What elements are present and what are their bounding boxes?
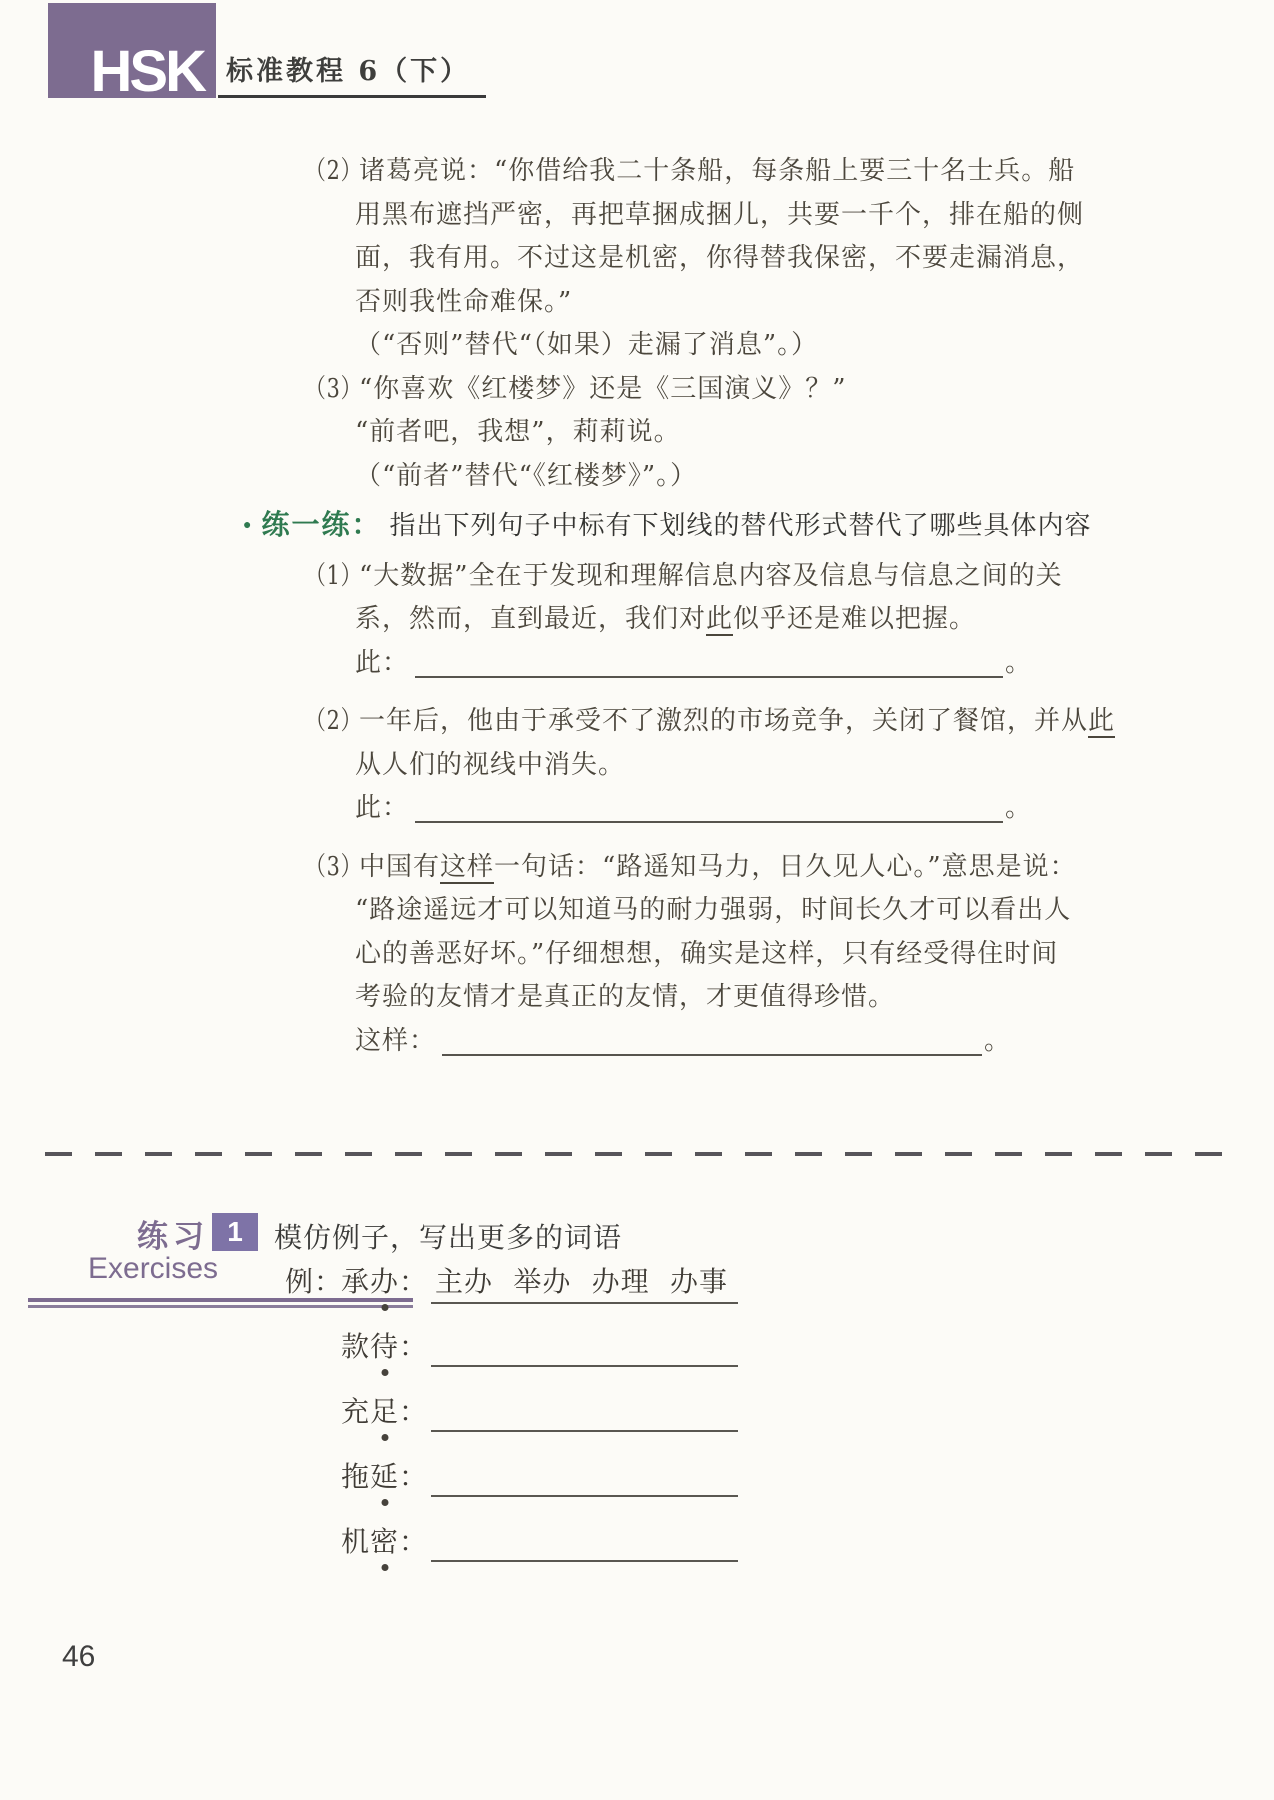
colon: ： [399, 1265, 428, 1298]
question-text: 系，然而，直到最近，我们对 [355, 604, 706, 634]
answer-row: 这样：。 [355, 1020, 1105, 1064]
answer-label: 这样： [355, 1026, 436, 1056]
period: 。 [1005, 793, 1032, 823]
answer-label: 此： [355, 648, 409, 678]
page-header: HSK 标准教程 6（下） [48, 3, 486, 98]
colon: ： [399, 1395, 428, 1428]
word-char: 机 [341, 1525, 370, 1558]
item-number: （3） [305, 846, 348, 890]
dashed-divider [45, 1152, 1245, 1156]
answer-word: 办事 [670, 1260, 728, 1300]
underlined-word: 此 [706, 604, 733, 636]
answer-row: 此：。 [355, 787, 1105, 831]
answer-blank [431, 1430, 738, 1432]
practice-question-1: （1）“大数据”全在于发现和理解信息内容及信息与信息之间的关 系，然而，直到最近… [305, 555, 1105, 686]
word-row: 充足： [285, 1390, 428, 1434]
item-number: （3） [305, 368, 348, 412]
colon: ： [399, 1330, 428, 1363]
question-text: 心的善恶好坏。”仔细想想，确实是这样，只有经受得住时间 [355, 933, 1105, 977]
word-char: 拖 [341, 1460, 370, 1493]
answer-row: 此：。 [355, 642, 1105, 686]
answer-word: 举办 [513, 1260, 571, 1300]
practice-label: 练一练： [261, 509, 381, 540]
word-row: 拖延： [285, 1455, 428, 1499]
bullet-icon: ● [243, 516, 252, 532]
example-note: （“否则”替代“（如果）走漏了消息”。） [355, 324, 1105, 368]
exercises-section: 练习 1 模仿例子，写出更多的词语 Exercises 例：承办： 主办 举办 … [0, 1205, 1274, 1625]
answer-blank [415, 646, 1003, 678]
example-text: 否则我性命难保。” [355, 281, 1105, 325]
exercise-instruction: 模仿例子，写出更多的词语 [274, 1216, 622, 1256]
practice-question-2: （2）一年后，他由于承受不了激烈的市场竞争，关闭了餐馆，并从此 从人们的视线中消… [305, 700, 1105, 831]
word-practice-rows: 例：承办： 主办 举办 办理 办事 款待： 充足： 拖延： [285, 1260, 428, 1585]
exercises-title-en: Exercises [88, 1252, 218, 1286]
answer-label: 此： [355, 793, 409, 823]
word-char: 款 [341, 1330, 370, 1363]
underlined-word: 这样 [440, 852, 494, 884]
period: 。 [984, 1026, 1011, 1056]
answer-blank [431, 1560, 738, 1562]
answer-word: 主办 [435, 1260, 493, 1300]
hsk-logo: HSK [91, 45, 204, 98]
answer-word: 办理 [592, 1260, 650, 1300]
example-label: 例： [285, 1260, 341, 1300]
item-number: （1） [305, 555, 348, 599]
question-line: （2）一年后，他由于承受不了激烈的市场竞争，关闭了餐馆，并从此 [305, 700, 1105, 744]
question-text: 一年后，他由于承受不了激烈的市场竞争，关闭了餐馆，并从 [359, 706, 1088, 736]
textbook-page: HSK 标准教程 6（下） （2）诸葛亮说：“你借给我二十条船，每条船上要三十名… [0, 0, 1274, 1800]
hsk-logo-block: HSK [48, 3, 216, 98]
word-char: 充 [341, 1395, 370, 1428]
marked-char: 待 [370, 1325, 399, 1365]
answer-blank [415, 791, 1003, 823]
example-text: 面，我有用。不过这是机密，你得替我保密，不要走漏消息， [355, 237, 1105, 281]
marked-char: 办 [370, 1260, 399, 1300]
answer-blank [431, 1365, 738, 1367]
example-text: 用黑布遮挡严密，再把草捆成捆儿，共要一千个，排在船的侧 [355, 194, 1105, 238]
page-number: 46 [62, 1640, 95, 1674]
marked-char: 足 [370, 1390, 399, 1430]
exercise-number-badge: 1 [212, 1213, 258, 1251]
question-line: （1）“大数据”全在于发现和理解信息内容及信息与信息之间的关 [305, 555, 1105, 599]
question-text: 从人们的视线中消失。 [355, 744, 1105, 788]
question-text: 中国有 [359, 852, 440, 882]
item-number: （2） [305, 150, 348, 194]
colon: ： [399, 1525, 428, 1558]
question-text: 似乎还是难以把握。 [733, 604, 976, 634]
colon: ： [399, 1460, 428, 1493]
word-row: 款待： [285, 1325, 428, 1369]
example-line: （2）诸葛亮说：“你借给我二十条船，每条船上要三十名士兵。船 [305, 150, 1105, 194]
grammar-examples-section: （2）诸葛亮说：“你借给我二十条船，每条船上要三十名士兵。船 用黑布遮挡严密，再… [305, 150, 1105, 1063]
period: 。 [1005, 648, 1032, 678]
answer-blank [431, 1495, 738, 1497]
example-text: “前者吧，我想”，莉莉说。 [355, 411, 1105, 455]
word-row: 机密： [285, 1520, 428, 1564]
example-line: （3）“你喜欢《红楼梦》还是《三国演义》？” [305, 368, 1105, 412]
question-text: 考验的友情才是真正的友情，才更值得珍惜。 [355, 976, 1105, 1020]
example-text: 诸葛亮说：“你借给我二十条船，每条船上要三十名士兵。船 [359, 156, 1075, 186]
example-note: （“前者”替代“《红楼梦》”。） [355, 455, 1105, 499]
example-item-2: （2）诸葛亮说：“你借给我二十条船，每条船上要三十名士兵。船 用黑布遮挡严密，再… [305, 150, 1105, 368]
answer-blank [442, 1024, 982, 1056]
question-line: 系，然而，直到最近，我们对此似乎还是难以把握。 [355, 598, 1105, 642]
example-word-row: 例：承办： 主办 举办 办理 办事 [285, 1260, 428, 1304]
question-text: 一句话：“路遥知马力，日久见人心。”意思是说： [494, 852, 1077, 882]
marked-char: 密 [370, 1520, 399, 1560]
practice-question-3: （3）中国有这样一句话：“路遥知马力，日久见人心。”意思是说： “路途遥远才可以… [305, 846, 1105, 1064]
question-text: “路途遥远才可以知道马的耐力强弱，时间长久才可以看出人 [355, 889, 1105, 933]
marked-char: 延 [370, 1455, 399, 1495]
example-item-3: （3）“你喜欢《红楼梦》还是《三国演义》？” “前者吧，我想”，莉莉说。 （“前… [305, 368, 1105, 499]
header-subtitle: 标准教程 6（下） [218, 49, 486, 98]
example-answers-line: 主办 举办 办理 办事 [431, 1260, 738, 1304]
practice-header: ●练一练：指出下列句子中标有下划线的替代形式替代了哪些具体内容 [243, 503, 1105, 548]
item-number: （2） [305, 700, 348, 744]
example-text: “你喜欢《红楼梦》还是《三国演义》？” [359, 374, 847, 404]
exercises-title-cn: 练习 [137, 1211, 209, 1256]
question-line: （3）中国有这样一句话：“路遥知马力，日久见人心。”意思是说： [305, 846, 1105, 890]
question-text: “大数据”全在于发现和理解信息内容及信息与信息之间的关 [359, 561, 1063, 591]
practice-instruction: 指出下列句子中标有下划线的替代形式替代了哪些具体内容 [389, 510, 1091, 540]
word-char: 承 [341, 1265, 370, 1298]
underlined-word: 此 [1088, 706, 1115, 738]
